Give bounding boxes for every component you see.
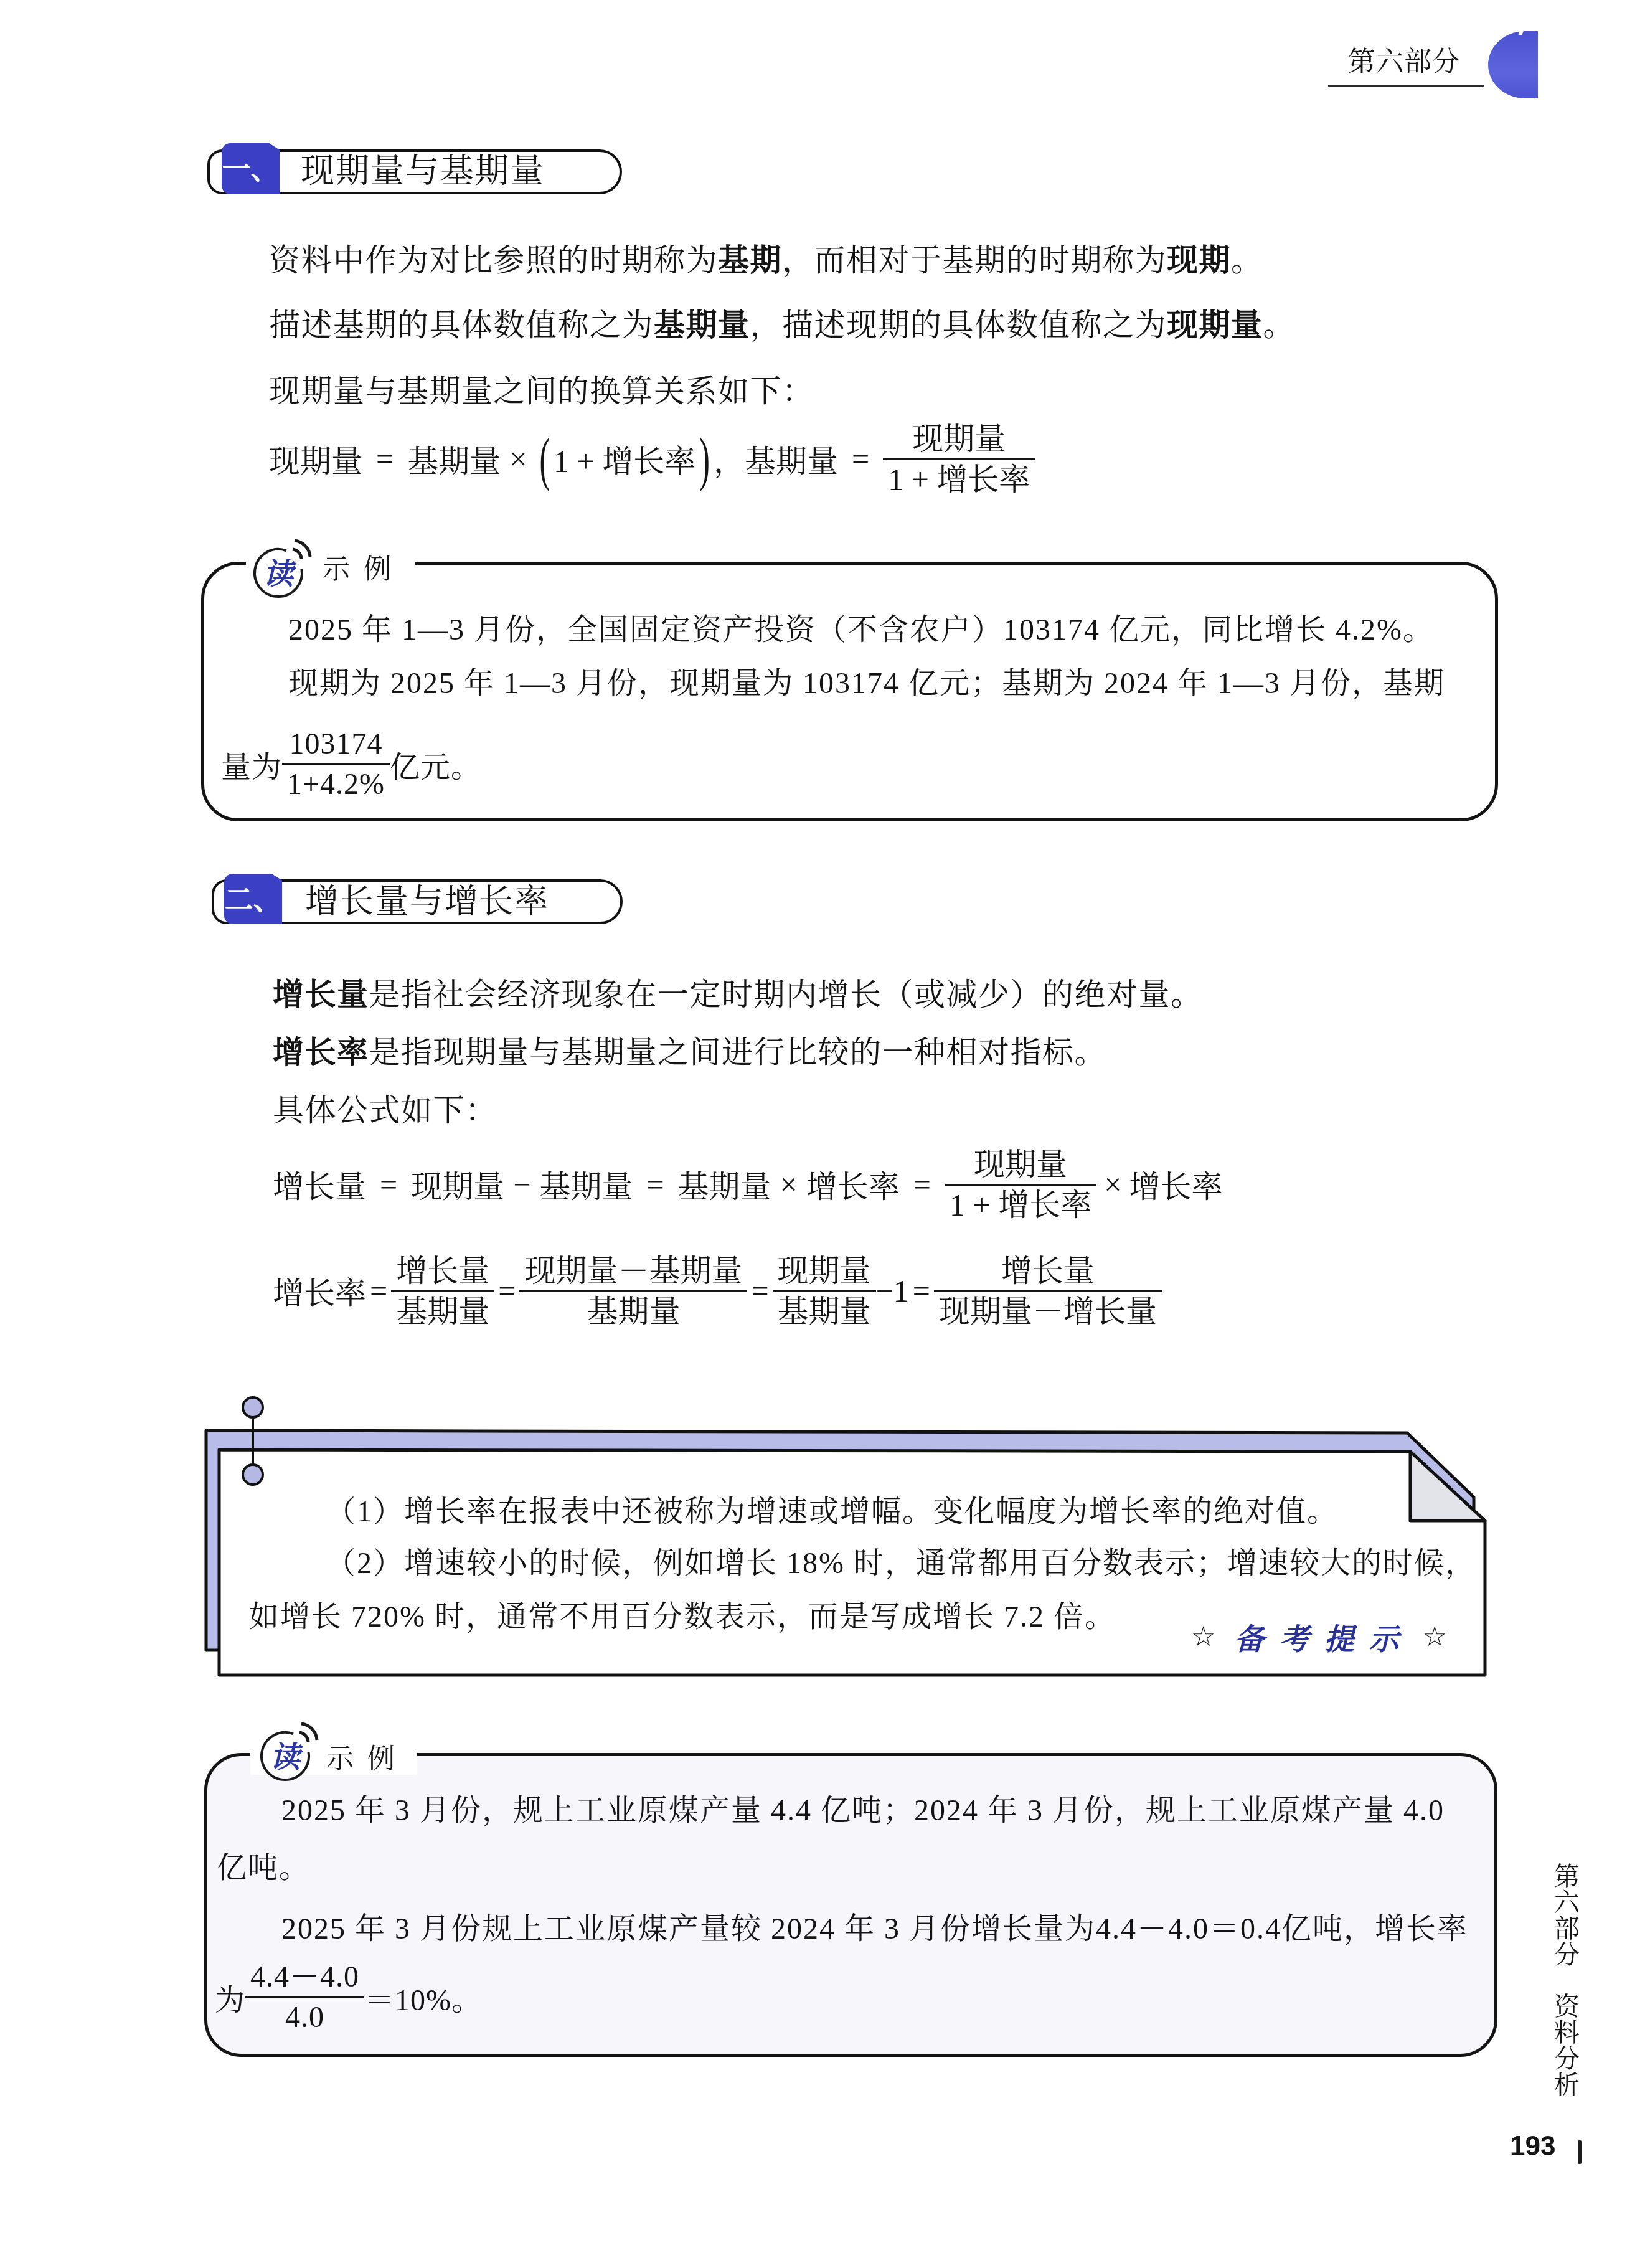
icon-wave-outer <box>295 541 310 557</box>
fraction-3: 现期量 基期量 <box>773 1252 876 1331</box>
section-1-title: 现期量与基期量 <box>301 153 545 190</box>
section-1-paragraph-3: 现期量与基期量之间的换算关系如下： <box>269 372 814 410</box>
text: 。 <box>1263 308 1296 343</box>
times-sign: × <box>1104 1166 1121 1203</box>
equals-sign: = <box>913 1273 930 1309</box>
fraction-numerator: 现期量 <box>773 1252 876 1290</box>
side-tab-part: 第六部分 <box>1547 1863 1583 1967</box>
section-1-number: 一、 <box>222 143 280 194</box>
fraction-denominator: 基期量 <box>582 1292 685 1331</box>
minus-sign: − <box>513 1166 530 1203</box>
fraction-4: 增长量 现期量－增长量 <box>934 1252 1162 1331</box>
equals-sign: = <box>498 1273 516 1309</box>
example-2-line-3: 2025 年 3 月份规上工业原煤产量较 2024 年 3 月份增长量为4.4－… <box>281 1911 1468 1947</box>
equals-sign: = <box>852 441 869 477</box>
icon-wave-inner <box>293 549 301 559</box>
fraction-numerator: 现期量－基期量 <box>519 1252 747 1290</box>
icon-glyph: 读 <box>263 558 297 591</box>
section-2-title: 增长量与增长率 <box>305 883 549 920</box>
formula-term: 增长量 <box>273 1162 366 1207</box>
example-1-line-2: 现期为 2025 年 1—3 月份，现期量为 103174 亿元；基期为 202… <box>288 666 1445 702</box>
text: 是指社会经济现象在一定时期内增长（或减少）的绝对量。 <box>369 977 1203 1012</box>
formula-current-base-conversion: 现期量 = 基期量 × ( 1 + 增长率 ) ， 基期量 = 现期量 1 + … <box>269 415 1035 503</box>
formula-growth-amount: 增长量 = 现期量 − 基期量 = 基期量 × 增长率 = 现期量 1 + 增长… <box>273 1141 1222 1228</box>
formula-term: 基期量 <box>745 437 838 481</box>
times-sign: × <box>509 441 527 477</box>
tip-line-3: 如增长 720% 时，通常不用百分数表示，而是写成增长 7.2 倍。 <box>249 1599 1116 1635</box>
icon-wave-outer <box>301 1724 317 1740</box>
equals-sign: = <box>376 441 394 477</box>
keyword-growth-amount: 增长量 <box>273 976 369 1013</box>
fraction: 现期量 1 + 增长率 <box>945 1145 1096 1224</box>
formula-growth-rate: 增长率 = 增长量 基期量 = 现期量－基期量 基期量 = 现期量 基期量 −1… <box>273 1247 1162 1335</box>
fraction-denominator: 1 + 增长率 <box>945 1186 1096 1224</box>
fraction-denominator: 4.0 <box>280 1998 329 2037</box>
text: 是指现期量与基期量之间进行比较的一种相对指标。 <box>369 1035 1107 1070</box>
fraction-denominator: 基期量 <box>773 1292 876 1331</box>
fraction-numerator: 103174 <box>285 725 388 763</box>
icon-wave-inner <box>299 1732 308 1742</box>
text: 量为 <box>221 743 282 786</box>
keyword-current-amount: 现期量 <box>1167 307 1263 343</box>
example-2-line-4: 为 4.4－4.0 4.0 ＝10%。 <box>215 1954 482 2041</box>
equals-sign: = <box>380 1166 397 1203</box>
icon-glyph: 读 <box>270 1741 304 1774</box>
chapter-tab-marker <box>1488 31 1538 98</box>
tip-badge-label: 备考提示 <box>1234 1615 1413 1658</box>
example-2-line-1: 2025 年 3 月份，规上工业原煤产量 4.4 亿吨；2024 年 3 月份，… <box>281 1793 1445 1829</box>
fraction-denominator: 1+4.2% <box>282 765 390 804</box>
text: ＝10%。 <box>364 1976 482 2019</box>
formula-term: 1 + 增长率 <box>554 437 695 481</box>
text: 。 <box>1231 243 1263 278</box>
read-audio-icon: 读 <box>256 1720 324 1788</box>
text: 亿元。 <box>390 743 481 786</box>
fraction-numerator: 现期量 <box>969 1145 1072 1184</box>
fraction: 103174 1+4.2% <box>282 725 390 804</box>
keyword-base-amount: 基期量 <box>654 307 750 343</box>
fraction-1: 增长量 基期量 <box>391 1252 494 1331</box>
formula-term: 基期量 <box>539 1162 633 1207</box>
times-sign: × <box>780 1166 798 1203</box>
example-1-line-1: 2025 年 1—3 月份，全国固定资产投资（不含农户）103174 亿元，同比… <box>288 612 1434 648</box>
fraction-numerator: 4.4－4.0 <box>245 1958 364 1996</box>
section-1-paragraph-1: 资料中作为对比参照的时期称为基期，而相对于基期的时期称为现期。 <box>269 242 1263 279</box>
text: 资料中作为对比参照的时期称为 <box>269 243 718 278</box>
formula-term: 基期量 <box>407 437 501 481</box>
section-2-number: 二、 <box>224 874 282 924</box>
fraction-numerator: 增长量 <box>391 1252 494 1290</box>
formula-term: 现期量 <box>269 437 362 481</box>
pin-bottom-icon <box>243 1465 263 1485</box>
equals-sign: = <box>913 1166 931 1203</box>
fraction: 现期量 1 + 增长率 <box>883 420 1035 499</box>
right-paren: ) <box>699 425 710 493</box>
pin-top-icon <box>243 1397 263 1417</box>
formula-term: 增长率 <box>273 1269 366 1313</box>
example-label: 示例 <box>326 1742 408 1776</box>
page-number-bar <box>1578 2140 1582 2164</box>
section-2-paragraph-1: 增长量是指社会经济现象在一定时期内增长（或减少）的绝对量。 <box>273 976 1203 1013</box>
running-header-rule <box>1328 85 1484 87</box>
tip-box-folded-corner <box>1410 1452 1485 1521</box>
separator: ， <box>714 437 745 481</box>
keyword-growth-rate: 增长率 <box>273 1034 369 1070</box>
formula-term: 基期量 <box>678 1162 771 1207</box>
fraction: 4.4－4.0 4.0 <box>245 1958 364 2037</box>
star-icon: ☆ <box>1422 1621 1446 1653</box>
section-2-paragraph-2: 增长率是指现期量与基期量之间进行比较的一种相对指标。 <box>273 1034 1106 1071</box>
side-tab-subject: 资料分析 <box>1547 1993 1583 2097</box>
running-header-part-label: 第六部分 <box>1348 45 1460 80</box>
section-2-paragraph-3: 具体公式如下： <box>273 1092 497 1129</box>
text: 为 <box>215 1976 245 2019</box>
example-label: 示例 <box>323 553 405 587</box>
minus-one: −1 <box>876 1273 909 1309</box>
page-number: 193 <box>1510 2130 1555 2163</box>
read-audio-icon: 读 <box>249 537 318 605</box>
star-icon: ☆ <box>1191 1621 1215 1653</box>
equals-sign: = <box>370 1273 387 1309</box>
fraction-denominator: 1 + 增长率 <box>883 460 1035 499</box>
tip-badge: ☆ 备考提示 ☆ <box>1191 1618 1447 1655</box>
tip-line-2: （2）增速较小的时候，例如增长 18% 时，通常都用百分数表示；增速较大的时候， <box>326 1546 1476 1582</box>
fraction-2: 现期量－基期量 基期量 <box>519 1252 747 1331</box>
left-paren: ( <box>539 425 550 493</box>
equals-sign: = <box>751 1273 768 1309</box>
tip-line-1: （1）增长率在报表中还被称为增速或增幅。变化幅度为增长率的绝对值。 <box>326 1494 1338 1530</box>
formula-term: 增长率 <box>806 1162 900 1207</box>
section-1-paragraph-2: 描述基期的具体数值称之为基期量，描述现期的具体数值称之为现期量。 <box>269 306 1295 344</box>
formula-term: 增长率 <box>1129 1162 1222 1207</box>
example-1-line-3: 量为 103174 1+4.2% 亿元。 <box>221 721 481 808</box>
formula-term: 现期量 <box>411 1162 504 1207</box>
fraction-denominator: 现期量－增长量 <box>934 1292 1162 1331</box>
text: ，描述现期的具体数值称之为 <box>750 308 1167 343</box>
text: 描述基期的具体数值称之为 <box>269 308 654 343</box>
text: ，而相对于基期的时期称为 <box>782 243 1167 278</box>
keyword-current-period: 现期 <box>1167 242 1231 278</box>
keyword-base-period: 基期 <box>718 242 782 278</box>
fraction-denominator: 基期量 <box>391 1292 494 1331</box>
equals-sign: = <box>646 1166 664 1203</box>
fraction-numerator: 现期量 <box>907 420 1011 458</box>
fraction-numerator: 增长量 <box>996 1252 1100 1290</box>
example-2-line-2: 亿吨。 <box>217 1850 310 1886</box>
